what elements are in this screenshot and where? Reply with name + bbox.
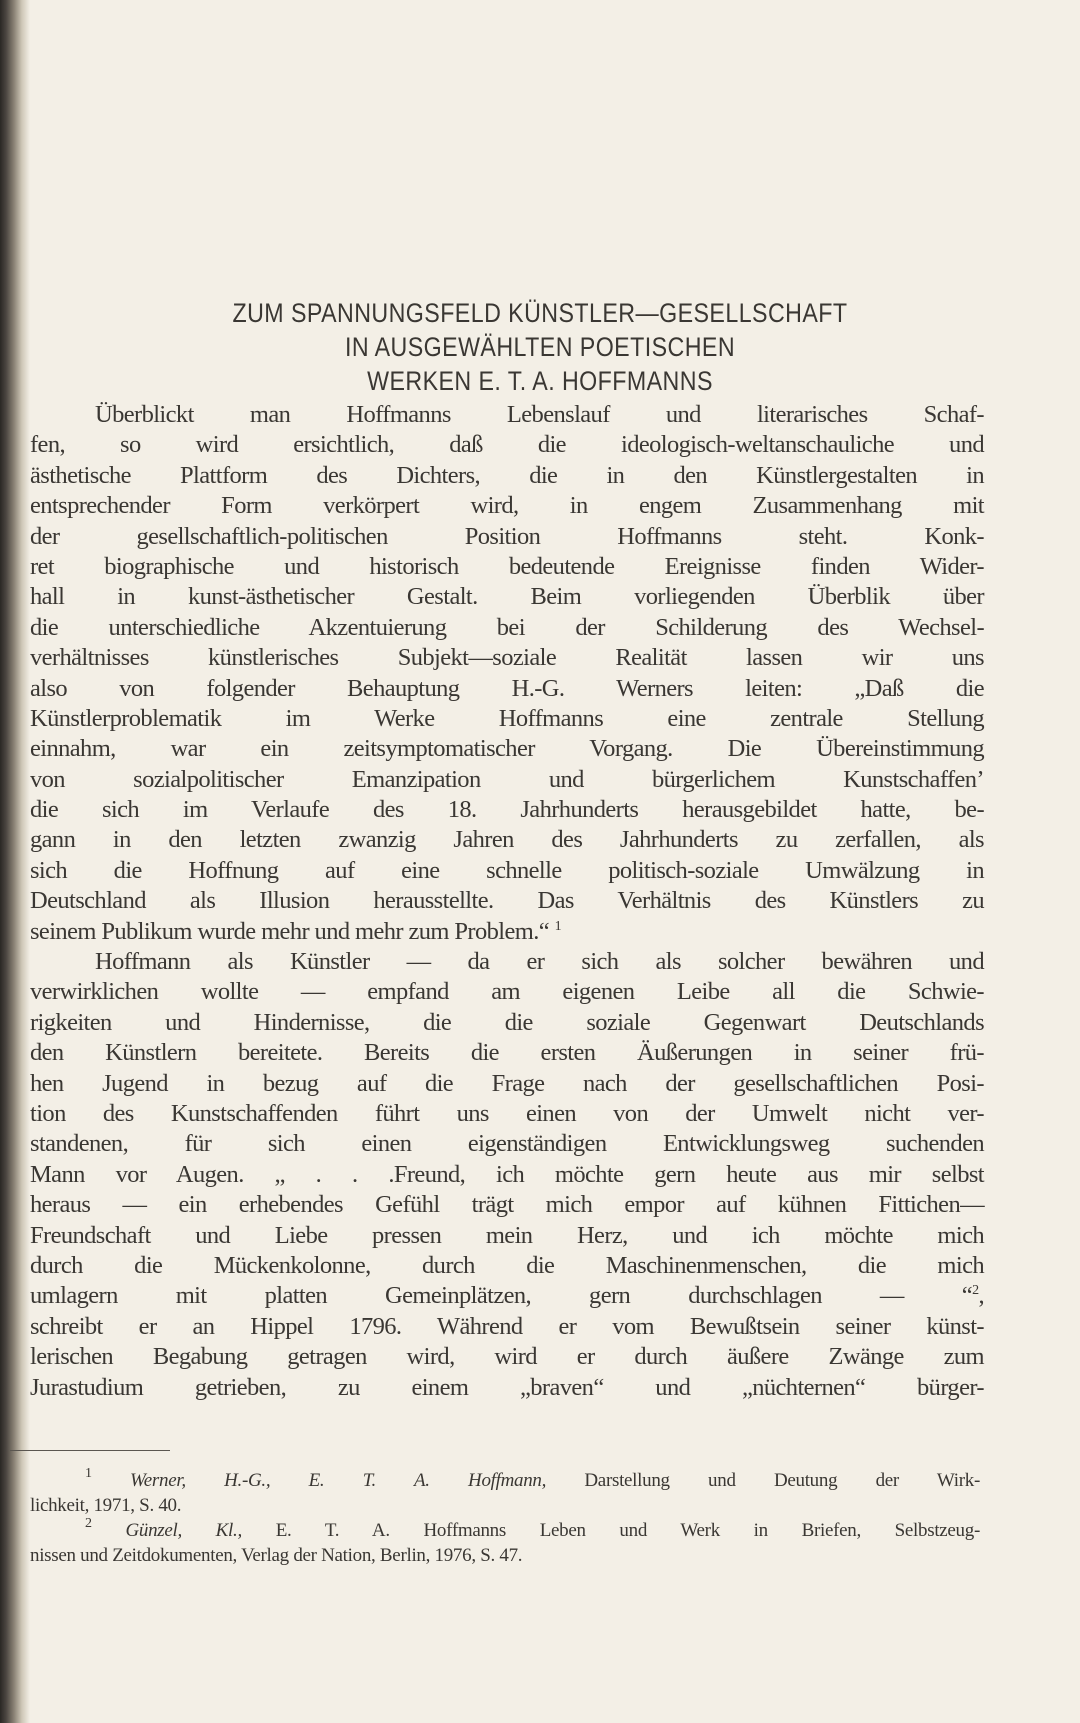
- footnote-1-continuation: lichkeit, 1971, S. 40.: [30, 1493, 980, 1518]
- paragraph-1-line: Überblickt man Hoffmanns Lebenslauf und …: [30, 400, 984, 430]
- title-line-1: ZUM SPANNUNGSFELD KÜNSTLER—GESELLSCHAFT: [127, 296, 953, 330]
- paragraph-1-line: die sich im Verlaufe des 18. Jahrhundert…: [30, 795, 984, 825]
- footnote-divider: [10, 1450, 170, 1451]
- paragraph-1-line: einnahm, war ein zeitsymptomatischer Vor…: [30, 734, 984, 764]
- footnote-2-continuation: nissen und Zeitdokumenten, Verlag der Na…: [30, 1543, 980, 1568]
- paragraph-1-line: gann in den letzten zwanzig Jahren des J…: [30, 825, 984, 855]
- line-text: seinem Publikum wurde mehr und mehr zum …: [30, 918, 549, 945]
- paragraph-2-line: umlagern mit platten Gemeinplätzen, gern…: [30, 1281, 984, 1311]
- paragraph-1-line: ret biographische und historisch bedeute…: [30, 552, 984, 582]
- paragraph-2-line: tion des Kunstschaffenden führt uns eine…: [30, 1099, 984, 1129]
- paragraph-2-line: den Künstlern bereitete. Bereits die ers…: [30, 1038, 984, 1068]
- book-page: ZUM SPANNUNGSFELD KÜNSTLER—GESELLSCHAFT …: [0, 0, 1080, 1723]
- footnote-1: 1 Werner, H.-G., E. T. A. Hoffmann, Dars…: [30, 1468, 980, 1493]
- title-line-3: WERKEN E. T. A. HOFFMANNS: [127, 364, 953, 398]
- paragraph-1-line: sich die Hoffnung auf eine schnelle poli…: [30, 856, 984, 886]
- paragraph-2-line: lerischen Begabung getragen wird, wird e…: [30, 1342, 984, 1372]
- footnote-author: Günzel, Kl.,: [125, 1520, 241, 1541]
- paragraph-2-line: verwirklichen wollte — empfand am eigene…: [30, 977, 984, 1007]
- paragraph-1-line: von sozialpolitischer Emanzipation und b…: [30, 765, 984, 795]
- title-line-2: IN AUSGEWÄHLTEN POETISCHEN: [127, 330, 953, 364]
- footnote-2: 2 Günzel, Kl., E. T. A. Hoffmanns Leben …: [30, 1518, 980, 1543]
- paragraph-1-last-line: seinem Publikum wurde mehr und mehr zum …: [30, 917, 984, 947]
- footnotes: 1 Werner, H.-G., E. T. A. Hoffmann, Dars…: [30, 1468, 980, 1568]
- paragraph-2-line: Freundschaft und Liebe pressen mein Herz…: [30, 1221, 984, 1251]
- paragraph-1-line: Deutschland als Illusion herausstellte. …: [30, 886, 984, 916]
- line-suffix: ,: [978, 1282, 984, 1309]
- paragraph-1-line: der gesellschaftlich-politischen Positio…: [30, 522, 984, 552]
- paragraph-1-line: Künstlerproblematik im Werke Hoffmanns e…: [30, 704, 984, 734]
- footnote-number: 1: [85, 1466, 92, 1481]
- paragraph-1-line: fen, so wird ersichtlich, daß die ideolo…: [30, 430, 984, 460]
- book-binding-shadow: [0, 0, 30, 1723]
- footnote-author: Werner, H.-G., E. T. A. Hoffmann,: [130, 1470, 546, 1491]
- footnote-ref-1[interactable]: 1: [555, 919, 561, 934]
- paragraph-2-line: durch die Mückenkolonne, durch die Masch…: [30, 1251, 984, 1281]
- paragraph-2-line: standenen, für sich einen eigenständigen…: [30, 1129, 984, 1159]
- paragraph-1-line: verhältnisses künstlerisches Subjekt—soz…: [30, 643, 984, 673]
- paragraph-2-line: hen Jugend in bezug auf die Frage nach d…: [30, 1069, 984, 1099]
- paragraph-2-line: Mann vor Augen. „ . . .Freund, ich möcht…: [30, 1160, 984, 1190]
- chapter-title: ZUM SPANNUNGSFELD KÜNSTLER—GESELLSCHAFT …: [60, 296, 1020, 398]
- paragraph-1-line: die unterschiedliche Akzentuierung bei d…: [30, 613, 984, 643]
- body-text: Überblickt man Hoffmanns Lebenslauf und …: [30, 400, 984, 1403]
- paragraph-2-line: heraus — ein erhebendes Gefühl trägt mic…: [30, 1190, 984, 1220]
- line-text: umlagern mit platten Gemeinplätzen, gern…: [30, 1282, 972, 1309]
- paragraph-2-line: schreibt er an Hippel 1796. Während er v…: [30, 1312, 984, 1342]
- paragraph-1-line: also von folgender Behauptung H.-G. Wern…: [30, 674, 984, 704]
- paragraph-1-line: hall in kunst-ästhetischer Gestalt. Beim…: [30, 582, 984, 612]
- paragraph-2-line: Jurastudium getrieben, zu einem „braven“…: [30, 1373, 984, 1403]
- paragraph-2-line: Hoffmann als Künstler — da er sich als s…: [30, 947, 984, 977]
- paragraph-1-line: ästhetische Plattform des Dichters, die …: [30, 461, 984, 491]
- paragraph-2-line: rigkeiten und Hindernisse, die die sozia…: [30, 1008, 984, 1038]
- footnote-number: 2: [85, 1516, 92, 1531]
- footnote-text: E. T. A. Hoffmanns Leben und Werk in Bri…: [276, 1520, 980, 1541]
- paragraph-1-line: entsprechender Form verkörpert wird, in …: [30, 491, 984, 521]
- footnote-text: Darstellung und Deutung der Wirk-: [584, 1470, 980, 1491]
